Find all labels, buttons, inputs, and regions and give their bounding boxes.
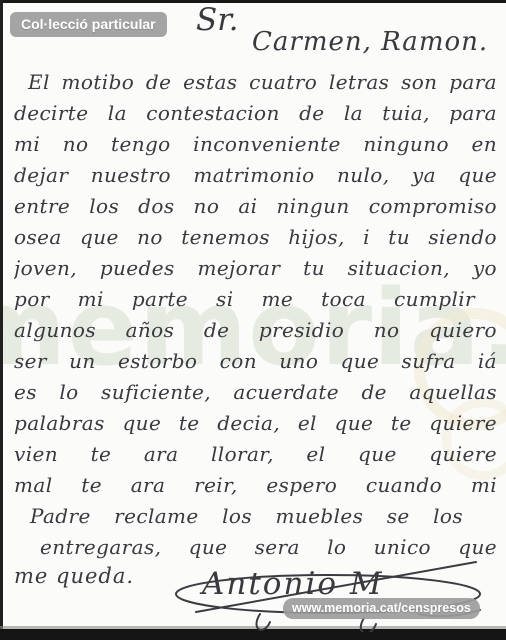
signature-block: Antonio M	[168, 552, 498, 632]
letter-line: palabras que te decia, el que te quiere	[14, 408, 497, 439]
letter-line: ser un estorbo con uno que sufra iá	[14, 346, 497, 377]
letter-line: osea que no tenemos hijos, i tu siendo	[14, 222, 497, 253]
salutation-recipients: Carmen, Ramon.	[252, 27, 488, 57]
memoria-url-watermark-badge: www.memoria.cat/censpresos	[283, 598, 480, 619]
letter-line: vien te ara llorar, el que quiere	[14, 439, 497, 470]
letter-line: Padre reclame los muebles se los	[14, 501, 497, 532]
letter-line: dejar nuestro matrimonio nulo, ya que	[14, 160, 497, 191]
letter-line: El motibo de estas cuatro letras son par…	[14, 67, 497, 98]
scan-edge-left	[0, 0, 3, 640]
letter-line: es lo suficiente, acuerdate de aquellas	[14, 377, 497, 408]
letter-closing: me queda.	[14, 560, 134, 592]
letter-body: El motibo de estas cuatro letras son par…	[14, 67, 497, 563]
letter-line: decirte la contestacion de la tuia, para	[14, 98, 497, 129]
letter-line: por mi parte si me toca cumplir	[14, 284, 497, 315]
salutation-prefix: Sr.	[196, 2, 239, 38]
letter-line: joven, puedes mejorar tu situacion, yo	[14, 253, 497, 284]
signature-flourish-strokes	[168, 552, 498, 632]
scanned-letter-page: memoria.cat Sr. Carmen, Ramon. El motibo…	[0, 0, 506, 640]
letter-line: entre los dos no ai ningun compromiso	[14, 191, 497, 222]
scan-edge-top	[0, 0, 506, 3]
letter-line: mal te ara reir, espero cuando mi	[14, 470, 497, 501]
collection-source-badge: Col·lecció particular	[10, 12, 167, 37]
letter-line: algunos años de presidio no quiero	[14, 315, 497, 346]
letter-line: mi no tengo inconveniente ninguno en	[14, 129, 497, 160]
